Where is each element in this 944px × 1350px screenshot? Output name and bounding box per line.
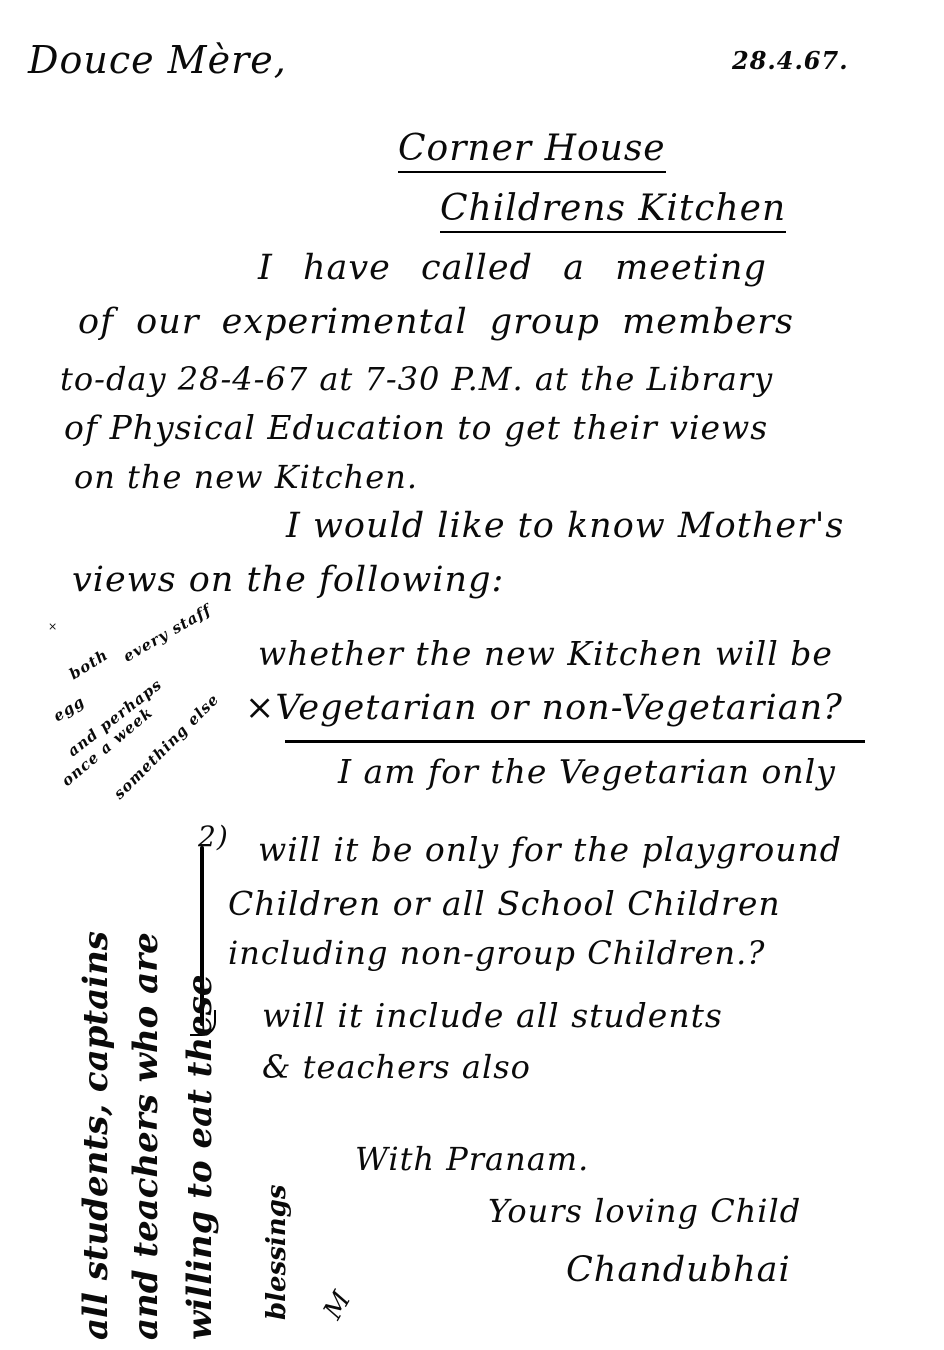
margin-note-line: every staff [120, 601, 214, 666]
closing: With Pranam. [355, 1140, 589, 1178]
date: 28.4.67. [732, 46, 849, 75]
signoff: Yours loving Child [488, 1192, 801, 1230]
title-line-1: Corner House [398, 128, 666, 173]
body-line: to-day 28-4-67 at 7-30 P.M. at the Libra… [60, 360, 773, 398]
signature: Chandubhai [566, 1250, 791, 1290]
blessings-note: blessings [262, 1185, 292, 1320]
salutation: Douce Mère, [28, 38, 287, 82]
title-line-2: Childrens Kitchen [440, 188, 786, 233]
vertical-note-line: all students, captains [76, 931, 116, 1340]
question-1-line-2: ×Vegetarian or non-Vegetarian? [245, 688, 843, 728]
question-2-line: will it include all students [262, 996, 723, 1035]
body-line: views on the following: [72, 560, 504, 600]
body-line: on the new Kitchen. [74, 458, 418, 496]
body-line: of Physical Education to get their views [64, 408, 768, 447]
question-2-line: including non-group Children.? [228, 934, 765, 972]
initial-mark: M [318, 1286, 358, 1325]
answer-1: I am for the Vegetarian only [338, 752, 836, 791]
question-2-line: & teachers also [262, 1048, 531, 1086]
body-line: of our experimental group members [78, 302, 794, 342]
vertical-note-line: and teachers who are [126, 932, 166, 1340]
margin-note-line: both [66, 646, 111, 684]
question-1-underline [285, 740, 865, 743]
question-1-line-1: whether the new Kitchen will be [258, 634, 833, 673]
body-line: I would like to know Mother's [286, 506, 844, 546]
vertical-note-line: willing to eat these [180, 974, 220, 1340]
margin-note-line: egg [50, 692, 88, 725]
body-line: I have called a meeting [258, 248, 767, 288]
margin-note-marker: × [48, 620, 58, 633]
question-2-line: will it be only for the playground [258, 830, 842, 869]
question-2-line: Children or all School Children [228, 884, 781, 923]
